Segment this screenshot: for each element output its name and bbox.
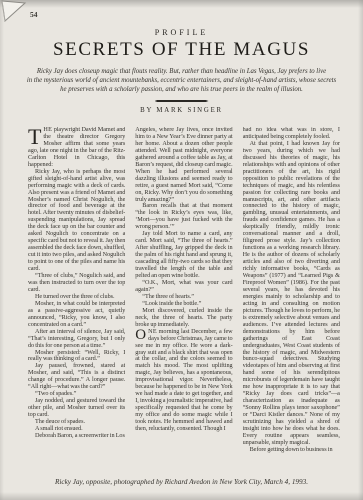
article-columns: THE playwright David Mamet and the theat…	[28, 127, 340, 465]
paragraph: Mosher, in what could be interpreted as …	[28, 301, 125, 329]
page-number: 54	[30, 10, 38, 19]
paragraph: At that point, I had known Jay for two y…	[243, 141, 340, 447]
article-column-3: had no idea what was in store, I anticip…	[243, 127, 340, 465]
paragraph: After an interval of silence, Jay said, …	[28, 329, 125, 350]
scan-edge-bottom	[0, 492, 363, 500]
article-column-2: Angeles, where Jay lives, once invited h…	[135, 127, 232, 465]
magazine-page: 54 PROFILE SECRETS OF THE MAGUS Ricky Ja…	[0, 0, 363, 500]
drop-cap: O	[135, 329, 148, 342]
deck-line: in the mysterious world of ancient mount…	[0, 76, 363, 85]
byline: BY MARK SINGER	[0, 107, 363, 114]
paragraph: Angeles, where Jay lives, once invited h…	[135, 127, 232, 203]
section-kicker: PROFILE	[0, 28, 363, 37]
deck-line: Ricky Jay does closeup magic that flouts…	[0, 67, 363, 76]
paragraph: “Three of clubs,” Nogulich said, and was…	[28, 273, 125, 294]
paragraph: Jay told Mort to name a card, any card. …	[135, 231, 232, 280]
paragraph: Ricky Jay, who is perhaps the most gifte…	[28, 169, 125, 273]
article-column-1: THE playwright David Mamet and the theat…	[28, 127, 125, 465]
article-title: SECRETS OF THE MAGUS	[0, 39, 363, 61]
paragraph: Baron recalls that at that moment “the l…	[135, 203, 232, 231]
paragraph: ONE morning last December, a few days be…	[135, 329, 232, 433]
byline-rule	[155, 100, 209, 102]
drop-cap: T	[28, 127, 43, 146]
paragraph: Before getting down to business in	[243, 447, 340, 454]
photo-credit-caption: Ricky Jay, opposite, photographed by Ric…	[0, 478, 363, 486]
page-curl-icon	[0, 0, 28, 24]
scan-edge-top	[0, 0, 363, 8]
paragraph: Deborah Baron, a screenwriter in Los	[28, 433, 125, 440]
paragraph: had no idea what was in store, I anticip…	[243, 127, 340, 141]
deck-line: he preserves with a scholarly passion, a…	[0, 85, 363, 94]
lead-caps: HE	[43, 127, 52, 133]
article-deck: Ricky Jay does closeup magic that flouts…	[0, 67, 363, 95]
lead-caps: NE	[148, 328, 157, 335]
paragraph: Jay paused, frowned, stared at Mosher, a…	[28, 363, 125, 391]
paragraph: Jay nodded, and gestured toward the othe…	[28, 398, 125, 419]
paragraph: “O.K., Mort, what was your card again?”	[135, 280, 232, 294]
paragraph: Mosher persisted: “Well, Ricky, I really…	[28, 350, 125, 364]
paragraph: Mort discovered, curled inside the neck,…	[135, 308, 232, 329]
paragraph: THE playwright David Mamet and the theat…	[28, 127, 125, 169]
